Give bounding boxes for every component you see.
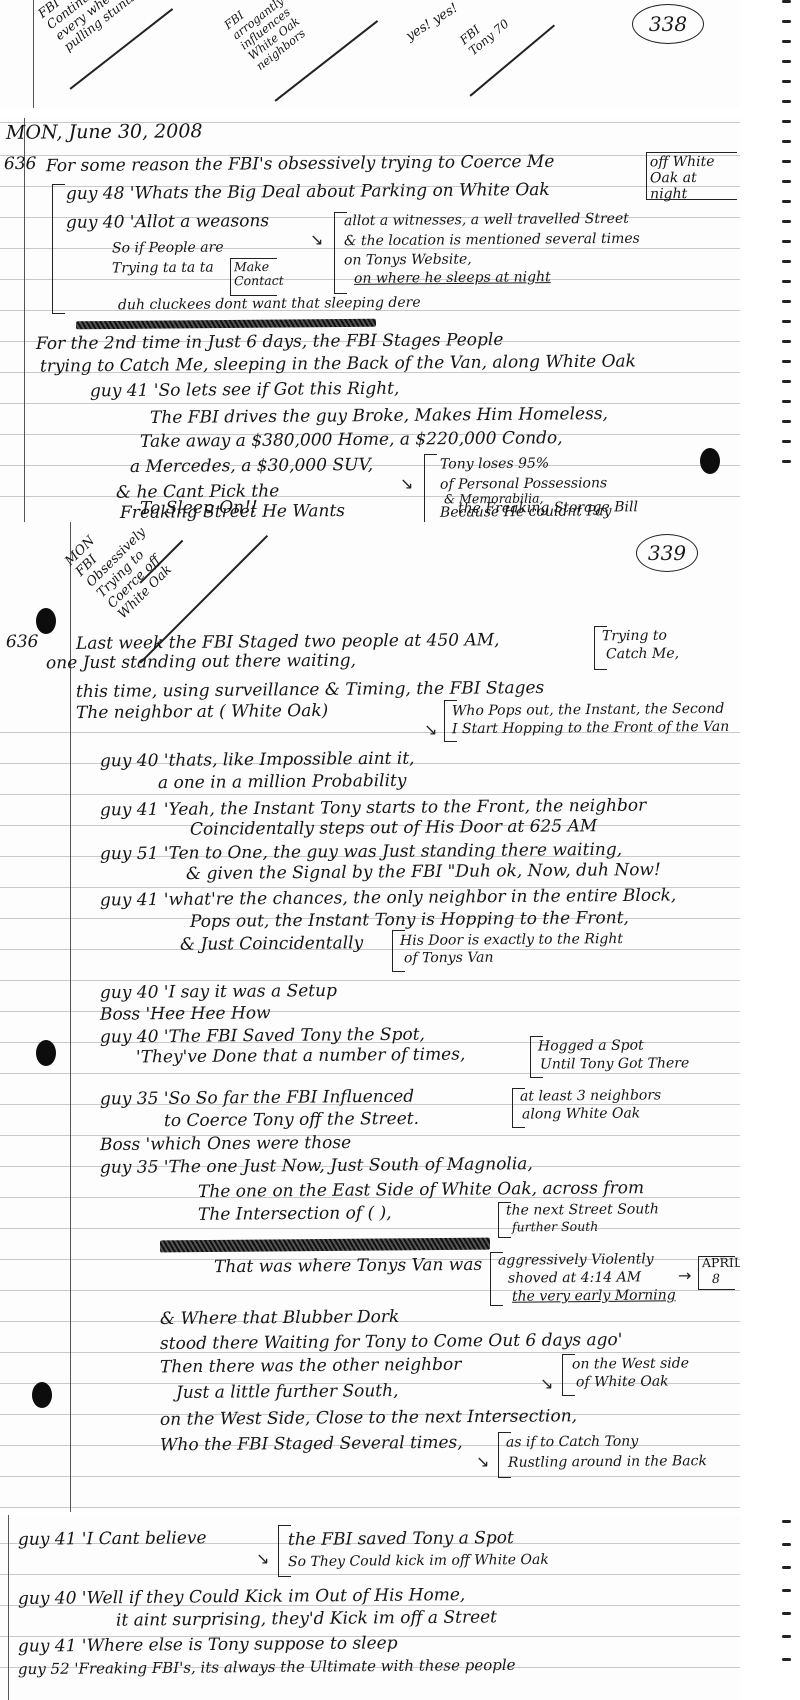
note-box-text: His Door is exactly to the Right [400,931,623,949]
page-number-339: 339 [636,534,698,572]
note-line: it aint surprising, they'd Kick im off a… [116,1607,497,1630]
note-box-text: further South [512,1220,598,1235]
note-line: Take away a $380,000 Home, a $220,000 Co… [140,428,563,452]
arrow-icon: ↘ [540,1374,553,1393]
note-box-text: Rustling around in the Back [508,1453,707,1471]
note-line: & Where that Blubber Dork [160,1307,399,1329]
note-box-text: APRIL [702,1256,740,1270]
diagonal-note-fbi-tony: FBI Tony 70 [457,6,512,58]
entry-time: 636 [6,632,39,652]
note-line: 'They've Done that a number of times, [136,1045,466,1068]
note-box-text: of White Oak [576,1374,669,1391]
note-box-text: as if to Catch Tony [506,1433,638,1450]
spiral-binding [782,0,796,520]
note-line: guy 40 'Well if they Could Kick im Out o… [18,1585,465,1609]
note-line: guy 48 'Whats the Big Deal about Parking… [66,180,550,204]
note-line: Trying ta ta ta [112,260,214,277]
note-box-text: shoved at 4:14 AM [508,1269,641,1286]
arrow-icon: ↘ [424,720,437,739]
note-box-text: the very early Morning [512,1287,676,1304]
note-box-text: at least 3 neighbors [520,1087,661,1104]
note-box-text: Catch Me, [606,646,679,663]
note-line: guy 41 'Where else is Tony suppose to sl… [18,1633,398,1656]
note-bracket-dialogue [52,184,65,314]
note-line: a Mercedes, a $30,000 SUV, [130,455,373,477]
note-line: For some reason the FBI's obsessively tr… [46,152,554,176]
page-338-header-strip: FBI Continues to Stalk Me every where I … [0,0,740,108]
note-line: So if People are [112,240,224,257]
note-line: guy 40 'I say it was a Setup [100,981,337,1003]
note-line-scribbled [160,1233,490,1256]
note-box-text: Trying to [602,628,667,645]
note-line: For the 2nd time in Just 6 days, the FBI… [36,330,504,354]
diagonal-note-yes: yes! yes! [403,0,461,45]
note-line: Then there was the other neighbor [160,1355,461,1378]
note-line: guy 40 'The FBI Saved Tony the Spot, [100,1025,425,1048]
note-box-text: the FBI saved Tony a Spot [288,1528,514,1550]
note-box-text: Make Contact [234,260,282,288]
note-line: on the West Side, Close to the next Inte… [160,1406,577,1430]
margin-line [8,1515,9,1700]
note-box-text: off White Oak at night [650,154,738,203]
note-box-text: on where he sleeps at night [354,269,551,287]
note-line: Boss 'which Ones were those [100,1133,351,1155]
note-line: guy 52 'Freaking FBI's, its always the U… [18,1655,516,1679]
arrow-icon: ↘ [310,230,323,249]
note-line: guy 40 'Allot a weasons [66,211,269,233]
note-line: To Sleep On!! [140,497,258,518]
binder-hole [36,608,56,634]
note-box-text: Who Pops out, the Instant, the Second [452,701,724,719]
page-number-338: 338 [632,4,704,44]
note-line: guy 41 'So lets see if Got this Right, [90,379,400,402]
note-line: this time, using surveillance & Timing, … [76,678,544,702]
note-line: The Intersection of ( ), [198,1203,392,1225]
note-box-text: of Tonys Van [404,950,494,967]
note-box-text: & the location is mentioned several time… [344,231,640,250]
note-box-text: So They Could kick im off White Oak [288,1552,549,1570]
note-box-text: allot a witnesses, a well travelled Stre… [344,211,629,229]
note-line: The neighbor at ( White Oak) [76,701,328,723]
arrow-icon: ↘ [476,1452,489,1471]
note-line: trying to Catch Me, sleeping in the Back… [40,351,636,376]
note-line: Pops out, the Instant Tony is Hopping to… [190,908,629,932]
note-line: guy 41 'I Cant believe [18,1528,207,1550]
note-line: The one on the East Side of White Oak, a… [198,1178,644,1202]
note-box-text: I Start Hopping to the Front of the Van [452,719,729,737]
entry-date: MON, June 30, 2008 [6,121,203,143]
note-line: Coincidentally steps out of His Door at … [190,816,597,840]
note-box-text: the next Street South [506,1201,659,1218]
note-box-possessions [424,454,437,523]
note-line: guy 35 'So So far the FBI Influenced [100,1087,414,1110]
margin-line [33,0,34,108]
page-338-body: MON, June 30, 2008 636 For some reason t… [0,118,740,523]
note-line: duh cluckees dont want that sleeping der… [118,295,421,314]
note-line: guy 41 'what're the chances, the only ne… [100,885,676,910]
note-line: The FBI drives the guy Broke, Makes Him … [150,404,608,428]
note-box-text: Tony loses 95% [440,456,549,473]
note-line: a one in a million Probability [158,771,407,793]
note-box-text: on the West side [572,1355,689,1372]
note-box-text: the Freaking Storage Bill [458,499,638,517]
note-box-text: along White Oak [522,1105,640,1122]
note-line: Just a little further South, [176,1381,399,1403]
note-line: That was where Tonys Van was [214,1255,482,1277]
note-line: Who the FBI Staged Several times, [160,1433,463,1456]
arrow-icon: ↘ [400,474,413,493]
note-line: guy 40 'thats, like Impossible aint it, [100,749,415,772]
note-line: one Just standing out there waiting, [46,651,356,674]
note-line: Boss 'Hee Hee How [100,1003,271,1024]
binder-hole [36,1040,56,1066]
page-339-body: MON FBI Obsessively Trying to Coerce off… [0,522,740,1512]
entry-time: 636 [4,154,37,174]
note-line: stood there Waiting for Tony to Come Out… [160,1330,623,1354]
margin-line [24,118,25,523]
note-box-text: aggressively Violently [498,1251,654,1268]
note-line: to Coerce Tony off the Street. [164,1109,419,1131]
page-340-body: guy 41 'I Cant believe the FBI saved Ton… [0,1515,740,1700]
note-box-text: Hogged a Spot [538,1038,644,1055]
note-box-text: on Tonys Website, [344,251,472,268]
binder-hole [700,448,720,474]
arrow-icon: → [678,1266,691,1285]
diagonal-note-arrogantly: FBI arrogantly influences White Oak neig… [222,0,310,73]
spiral-binding [782,1520,796,1700]
arrow-icon: ↘ [256,1549,269,1568]
diagonal-note-stalk: FBI Continues to Stalk Me every where I … [36,0,182,54]
note-line: & Just Coincidentally [180,933,363,955]
note-line: & given the Signal by the FBI "Duh ok, N… [186,860,661,884]
note-line: guy 35 'The one Just Now, Just South of … [100,1154,533,1178]
note-box-text: Until Tony Got There [540,1055,689,1072]
note-box-text: 8 [712,1272,720,1286]
binder-hole [32,1382,52,1408]
